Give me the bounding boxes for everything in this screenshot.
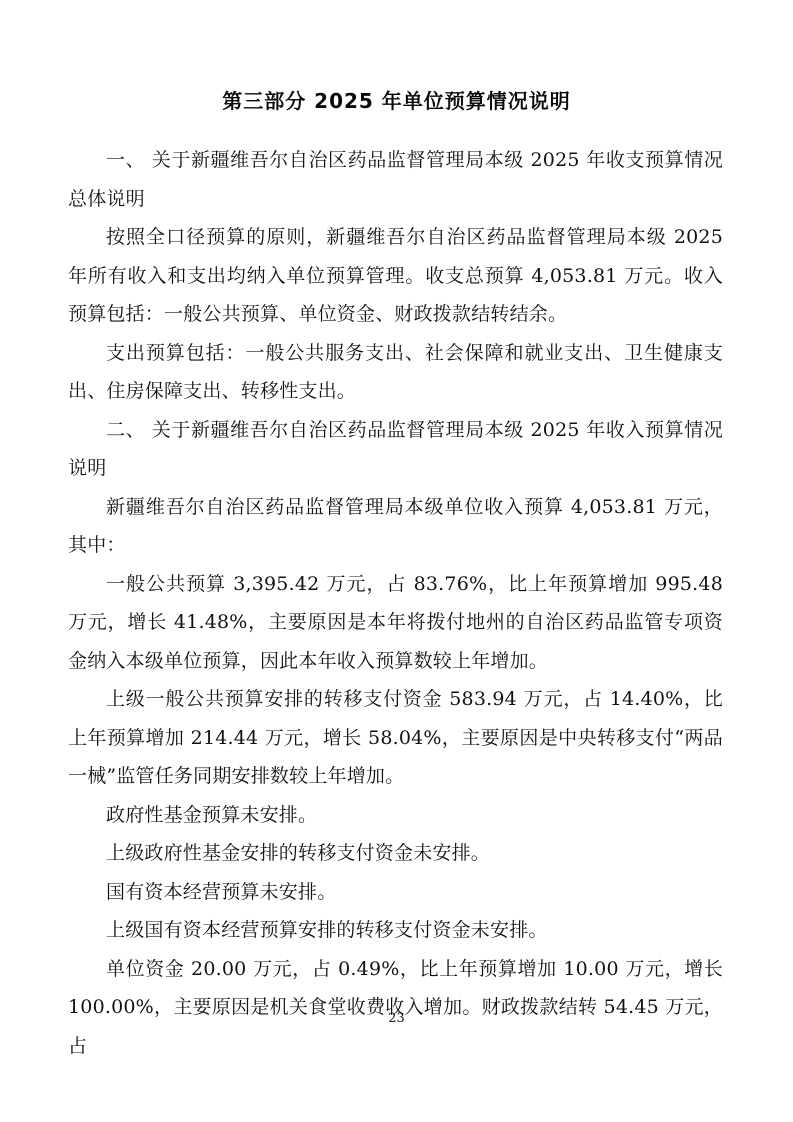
document-page: 第三部分 2025 年单位预算情况说明 一、 关于新疆维吾尔自治区药品监督管理局… bbox=[0, 0, 793, 1122]
paragraph: 国有资本经营预算未安排。 bbox=[68, 873, 723, 912]
section-heading: 二、 关于新疆维吾尔自治区药品监督管理局本级 2025 年收入预算情况说明 bbox=[68, 411, 723, 488]
page-title: 第三部分 2025 年单位预算情况说明 bbox=[0, 85, 793, 114]
paragraph: 上级国有资本经营预算安排的转移支付资金未安排。 bbox=[68, 911, 723, 950]
paragraph: 政府性基金预算未安排。 bbox=[68, 796, 723, 835]
paragraph: 按照全口径预算的原则，新疆维吾尔自治区药品监督管理局本级 2025 年所有收入和… bbox=[68, 218, 723, 334]
paragraph: 新疆维吾尔自治区药品监督管理局本级单位收入预算 4,053.81 万元，其中： bbox=[68, 488, 723, 565]
paragraph: 单位资金 20.00 万元，占 0.49%，比上年预算增加 10.00 万元，增… bbox=[68, 950, 723, 1066]
page-number: 23 bbox=[0, 1011, 793, 1026]
paragraph: 一般公共预算 3,395.42 万元，占 83.76%，比上年预算增加 995.… bbox=[68, 565, 723, 681]
paragraph: 上级一般公共预算安排的转移支付资金 583.94 万元，占 14.40%，比上年… bbox=[68, 680, 723, 796]
paragraph: 支出预算包括：一般公共服务支出、社会保障和就业支出、卫生健康支出、住房保障支出、… bbox=[68, 334, 723, 411]
document-body: 一、 关于新疆维吾尔自治区药品监督管理局本级 2025 年收支预算情况总体说明 … bbox=[68, 141, 723, 1065]
section-heading: 一、 关于新疆维吾尔自治区药品监督管理局本级 2025 年收支预算情况总体说明 bbox=[68, 141, 723, 218]
paragraph: 上级政府性基金安排的转移支付资金未安排。 bbox=[68, 834, 723, 873]
